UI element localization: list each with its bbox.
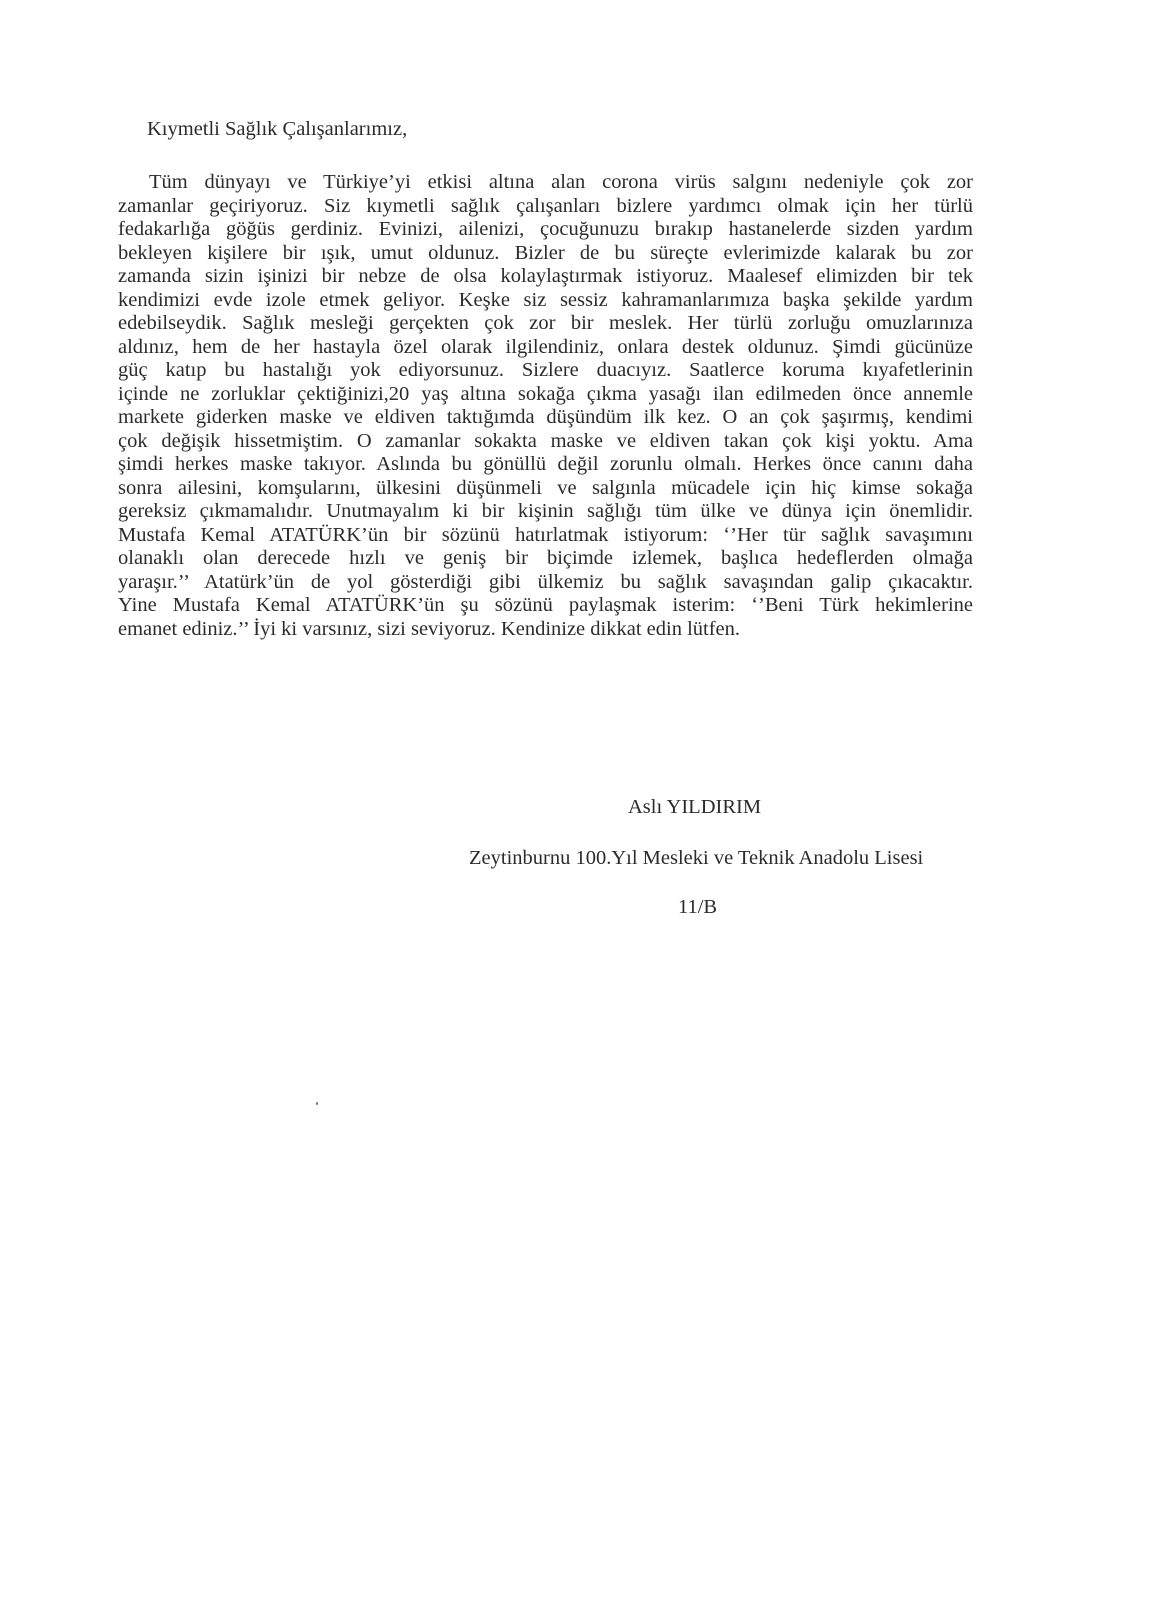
body-line: şimdi herkes maske takıyor. Aslında bu g… [118,453,973,477]
body-line: aldınız, hem de her hastayla özel olarak… [118,336,973,360]
body-line: Tüm dünyayı ve Türkiye’yi etkisi altına … [118,171,973,195]
body-line: emanet ediniz.’’ İyi ki varsınız, sizi s… [118,618,973,642]
body-line: sonra ailesini, komşularını, ülkesini dü… [118,477,973,501]
letter-body: Tüm dünyayı ve Türkiye’yi etkisi altına … [118,171,973,641]
scanned-letter-page: Kıymetli Sağlık Çalışanlarımız, Tüm düny… [0,0,1162,1600]
body-line: markete giderken maske ve eldiven taktığ… [118,406,973,430]
body-line: Mustafa Kemal ATATÜRK’ün bir sözünü hatı… [118,524,973,548]
body-line: bekleyen kişilere bir ışık, umut oldunuz… [118,242,973,266]
signature-school: Zeytinburnu 100.Yıl Mesleki ve Teknik An… [469,846,923,870]
body-line: Yine Mustafa Kemal ATATÜRK’ün şu sözünü … [118,594,973,618]
body-line: kendimizi evde izole etmek geliyor. Keşk… [118,289,973,313]
body-line: içinde ne zorluklar çektiğinizi,20 yaş a… [118,383,973,407]
body-line: güç katıp bu hastalığı yok ediyorsunuz. … [118,359,973,383]
body-line: zamanda sizin işinizi bir nebze de olsa … [118,265,973,289]
body-line: fedakarlığa göğüs gerdiniz. Evinizi, ail… [118,218,973,242]
body-line: çok değişik hissetmiştim. O zamanlar sok… [118,430,973,454]
body-line: olanaklı olan derecede hızlı ve geniş bi… [118,547,973,571]
scan-speck [316,1102,318,1105]
body-line: zamanlar geçiriyoruz. Siz kıymetli sağlı… [118,195,973,219]
body-line: edebilseydik. Sağlık mesleği gerçekten ç… [118,312,973,336]
signature-class: 11/B [678,895,717,919]
signature-name: Aslı YILDIRIM [628,795,761,819]
letter-salutation: Kıymetli Sağlık Çalışanlarımız, [147,117,407,141]
body-line: yaraşır.’’ Atatürk’ün de yol gösterdiği … [118,571,973,595]
body-line: gereksiz çıkmamalıdır. Unutmayalım ki bi… [118,500,973,524]
